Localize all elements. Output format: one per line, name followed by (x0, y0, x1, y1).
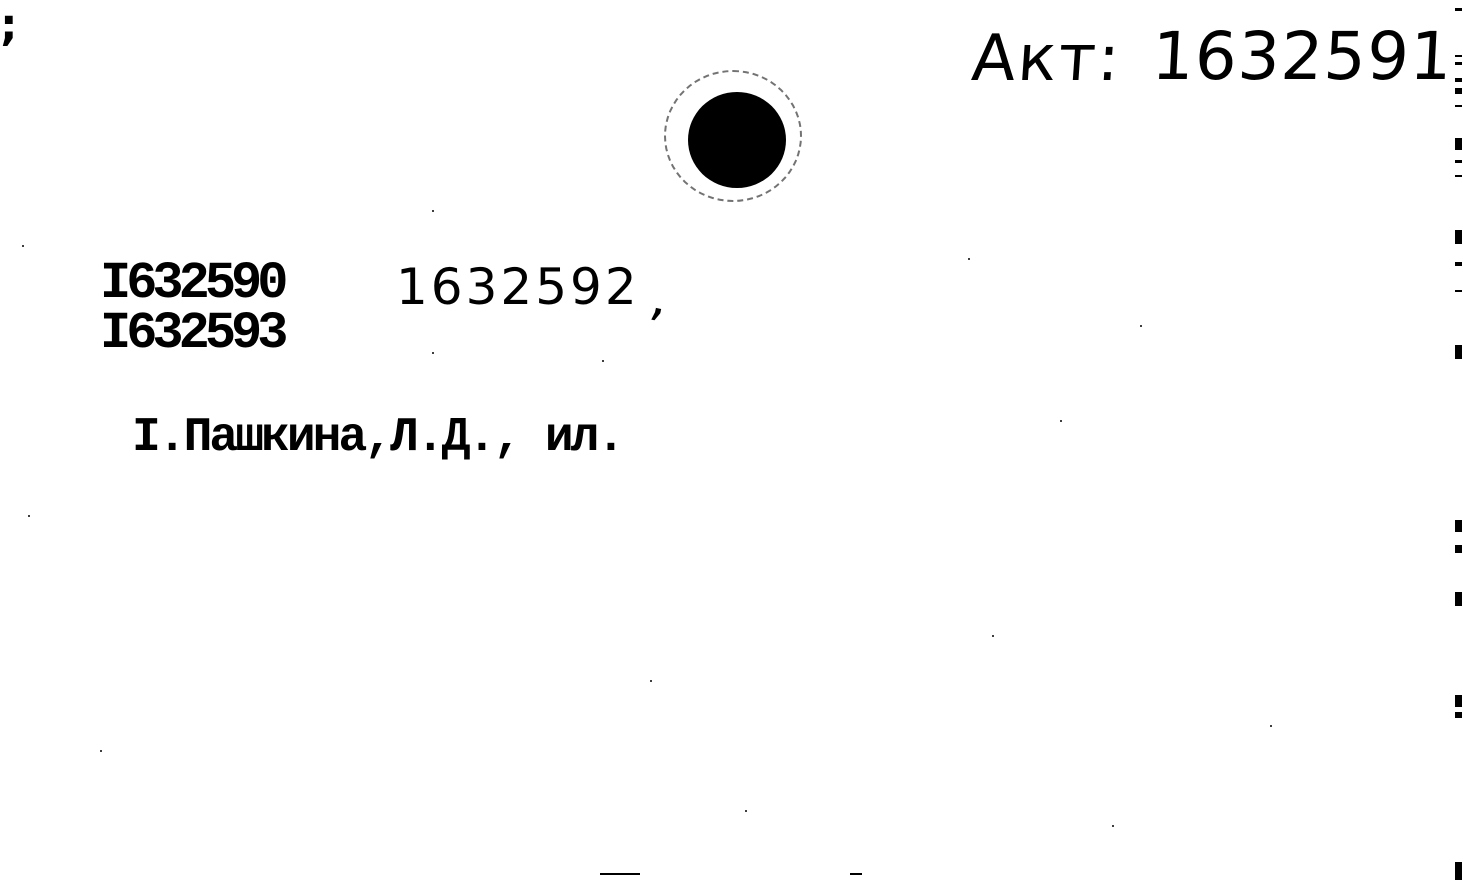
scan-speck (745, 810, 747, 812)
punch-hole-icon (688, 92, 786, 188)
scan-speck (100, 750, 102, 752)
catalog-card: Акт: 1632591 I632590 ; 1632592 , I632593… (0, 0, 1464, 880)
scan-speck (992, 635, 994, 637)
scan-mark (850, 873, 862, 875)
scan-speck (22, 245, 24, 247)
scan-speck (602, 360, 604, 362)
reference-number-typed-2: I632593 (100, 308, 283, 360)
scan-speck (1112, 825, 1114, 827)
scan-speck (1270, 725, 1272, 727)
scan-speck (28, 515, 30, 517)
act-number: 1632591 (1150, 18, 1455, 95)
reference-number-handwritten: 1632592 (396, 258, 640, 316)
reference-comma: , (646, 267, 675, 329)
scan-speck (968, 258, 970, 260)
scan-mark (600, 873, 640, 875)
scan-speck (1140, 325, 1142, 327)
scan-speck (650, 680, 652, 682)
scan-speck (432, 210, 434, 212)
scan-speck (432, 352, 434, 354)
reference-number-typed-1: I632590 (100, 258, 283, 310)
author-line: I.Пашкина,Л.Д., ил. (132, 412, 622, 464)
scan-speck (1060, 420, 1062, 422)
card-edge-strip (1454, 0, 1464, 880)
act-label: Акт: (969, 22, 1123, 96)
